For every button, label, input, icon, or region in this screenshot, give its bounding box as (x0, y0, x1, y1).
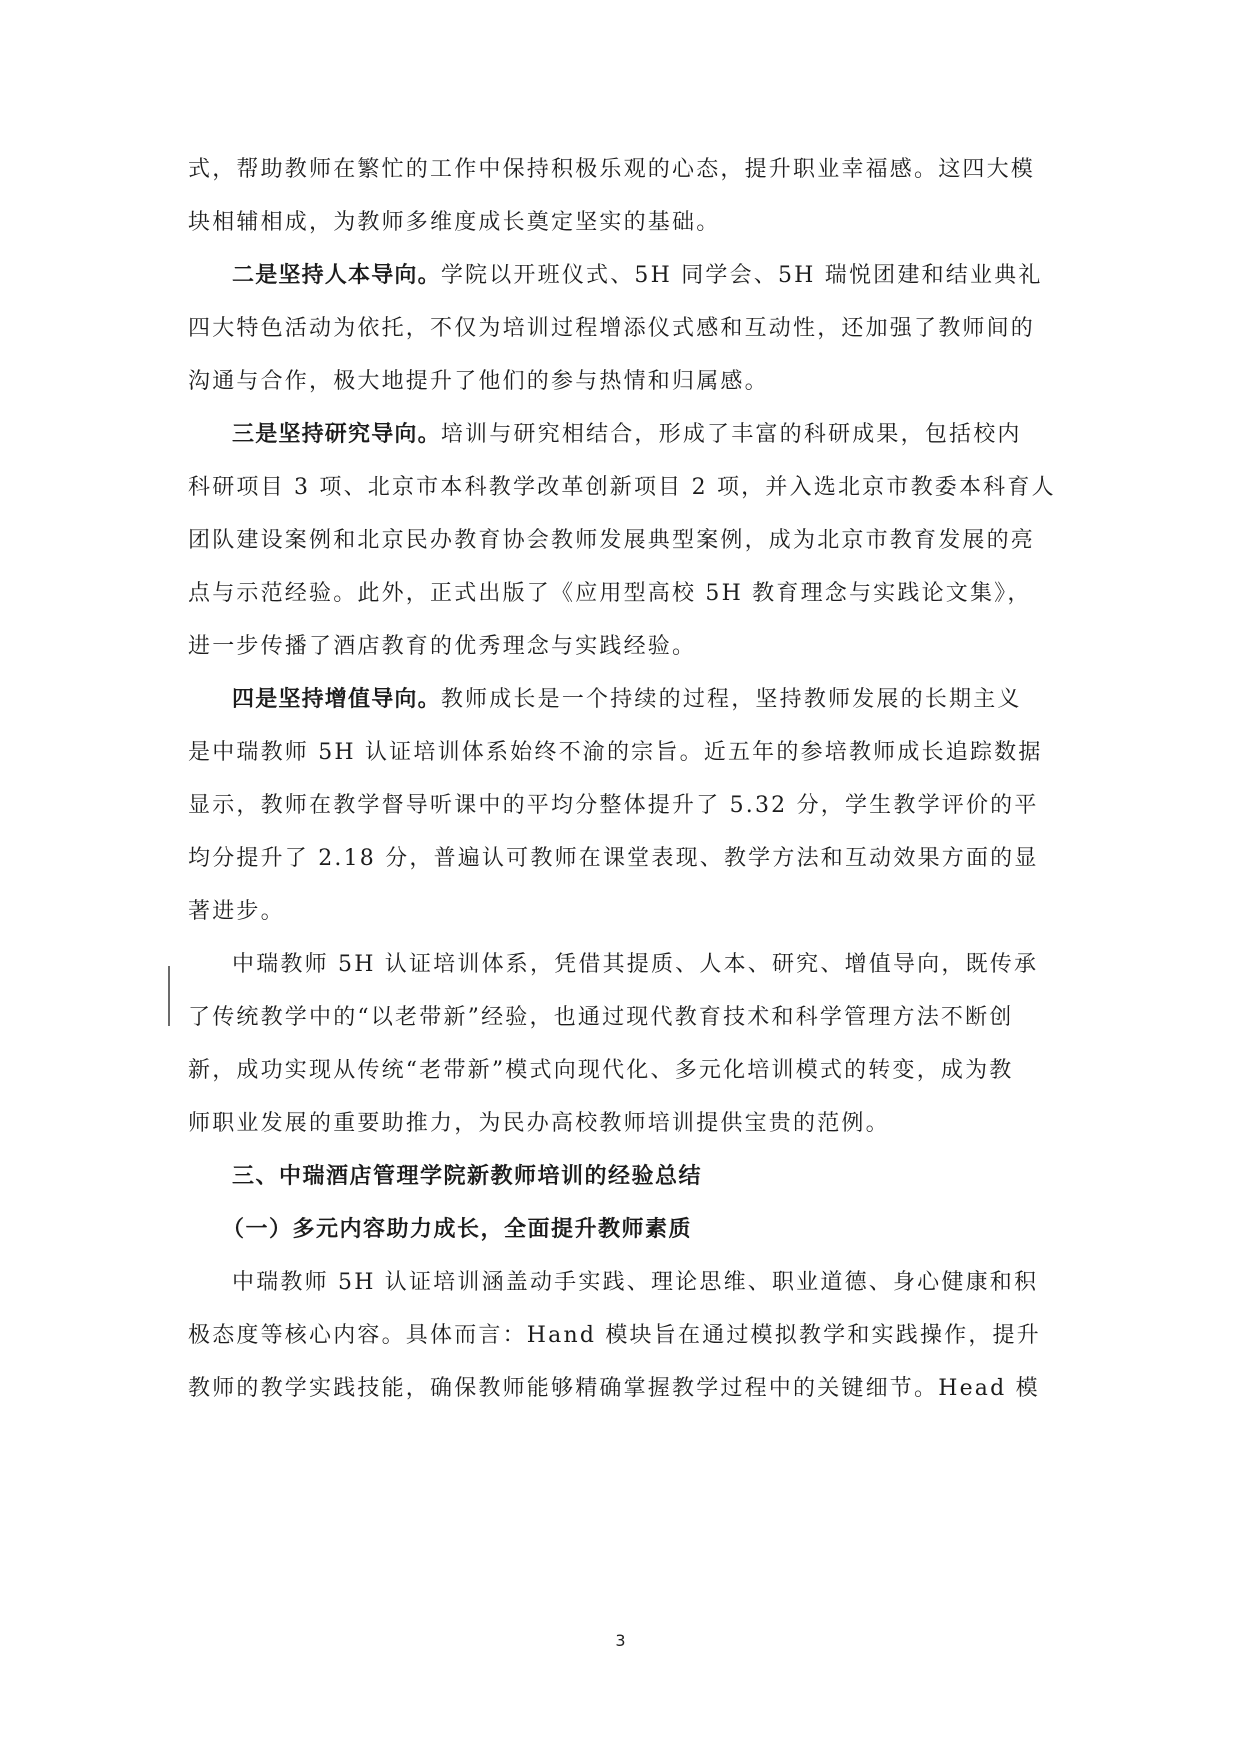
body-text: 进一步传播了酒店教育的优秀理念与实践经验。 (188, 634, 696, 659)
page-number: 3 (0, 1631, 1241, 1650)
body-text: 沟通与合作，极大地提升了他们的参与热情和归属感。 (188, 369, 769, 394)
body-text: 培训与研究相结合，形成了丰富的科研成果，包括校内 (441, 422, 1022, 447)
body-text: 教师成长是一个持续的过程，坚持教师发展的长期主义 (441, 687, 1022, 712)
paragraph-line: 均分提升了 2.18 分，普遍认可教师在课堂表现、教学方法和互动效果方面的显 (188, 844, 1053, 874)
body-text: 中瑞教师 5H 认证培训涵盖动手实践、理论思维、职业道德、身心健康和积 (232, 1270, 1038, 1295)
body-text: 点与示范经验。此外，正式出版了《应用型高校 5H 教育理念与实践论文集》， (188, 581, 1032, 606)
body-text: 显示，教师在教学督导听课中的平均分整体提升了 5.32 分，学生教学评价的平 (188, 793, 1039, 818)
body-text: 了传统教学中的“以老带新”经验，也通过现代教育技术和科学管理方法不断创 (188, 1005, 1014, 1030)
body-text: 式，帮助教师在繁忙的工作中保持积极乐观的心态，提升职业幸福感。这四大模 (188, 157, 1035, 182)
section-heading: 三、中瑞酒店管理学院新教师培训的经验总结 (232, 1162, 1097, 1192)
lead-in-bold: 四是坚持增值导向。 (232, 687, 441, 712)
paragraph-line: 了传统教学中的“以老带新”经验，也通过现代教育技术和科学管理方法不断创 (188, 1003, 1053, 1033)
body-text: 团队建设案例和北京民办教育协会教师发展典型案例，成为北京市教育发展的亮 (188, 528, 1035, 553)
paragraph-line: 点与示范经验。此外，正式出版了《应用型高校 5H 教育理念与实践论文集》， (188, 579, 1053, 609)
paragraph-line: 二是坚持人本导向。学院以开班仪式、5H 同学会、5H 瑞悦团建和结业典礼 (232, 261, 1097, 291)
body-text: 师职业发展的重要助推力，为民办高校教师培训提供宝贵的范例。 (188, 1111, 890, 1136)
paragraph-line: 极态度等核心内容。具体而言：Hand 模块旨在通过模拟教学和实践操作，提升 (188, 1321, 1053, 1351)
revision-margin-bar (168, 966, 170, 1026)
body-text: 是中瑞教师 5H 认证培训体系始终不渝的宗旨。近五年的参培教师成长追踪数据 (188, 740, 1043, 765)
paragraph-line: 沟通与合作，极大地提升了他们的参与热情和归属感。 (188, 367, 1053, 397)
subsection-heading-text: （一）多元内容助力成长，全面提升教师素质 (222, 1217, 692, 1242)
paragraph-line: 四大特色活动为依托，不仅为培训过程增添仪式感和互动性，还加强了教师间的 (188, 314, 1053, 344)
body-text: 科研项目 3 项、北京市本科教学改革创新项目 2 项，并入选北京市教委本科育人 (188, 475, 1056, 500)
body-text: 著进步。 (188, 899, 285, 924)
paragraph-line: 显示，教师在教学督导听课中的平均分整体提升了 5.32 分，学生教学评价的平 (188, 791, 1053, 821)
body-text: 教师的教学实践技能，确保教师能够精确掌握教学过程中的关键细节。Head 模 (188, 1376, 1040, 1401)
subsection-heading: （一）多元内容助力成长，全面提升教师素质 (222, 1215, 1087, 1245)
section-heading-text: 三、中瑞酒店管理学院新教师培训的经验总结 (232, 1164, 702, 1189)
body-text: 四大特色活动为依托，不仅为培训过程增添仪式感和互动性，还加强了教师间的 (188, 316, 1035, 341)
body-text: 块相辅相成，为教师多维度成长奠定坚实的基础。 (188, 210, 720, 235)
body-text: 学院以开班仪式、5H 同学会、5H 瑞悦团建和结业典礼 (441, 263, 1043, 288)
lead-in-bold: 三是坚持研究导向。 (232, 422, 441, 447)
body-text: 均分提升了 2.18 分，普遍认可教师在课堂表现、教学方法和互动效果方面的显 (188, 846, 1039, 871)
document-page: 式，帮助教师在繁忙的工作中保持积极乐观的心态，提升职业幸福感。这四大模 块相辅相… (0, 0, 1241, 1754)
paragraph-line: 团队建设案例和北京民办教育协会教师发展典型案例，成为北京市教育发展的亮 (188, 526, 1053, 556)
paragraph-line: 中瑞教师 5H 认证培训体系，凭借其提质、人本、研究、增值导向，既传承 (232, 950, 1097, 980)
paragraph-line: 科研项目 3 项、北京市本科教学改革创新项目 2 项，并入选北京市教委本科育人 (188, 473, 1053, 503)
paragraph-line: 进一步传播了酒店教育的优秀理念与实践经验。 (188, 632, 1053, 662)
lead-in-bold: 二是坚持人本导向。 (232, 263, 441, 288)
paragraph-line: 师职业发展的重要助推力，为民办高校教师培训提供宝贵的范例。 (188, 1109, 1053, 1139)
paragraph-line: 著进步。 (188, 897, 1053, 927)
paragraph-line: 四是坚持增值导向。教师成长是一个持续的过程，坚持教师发展的长期主义 (232, 685, 1097, 715)
body-text: 新，成功实现从传统“老带新”模式向现代化、多元化培训模式的转变，成为教 (188, 1058, 1014, 1083)
paragraph-line: 教师的教学实践技能，确保教师能够精确掌握教学过程中的关键细节。Head 模 (188, 1374, 1053, 1404)
paragraph-line: 新，成功实现从传统“老带新”模式向现代化、多元化培训模式的转变，成为教 (188, 1056, 1053, 1086)
body-text: 极态度等核心内容。具体而言：Hand 模块旨在通过模拟教学和实践操作，提升 (188, 1323, 1041, 1348)
paragraph-line: 式，帮助教师在繁忙的工作中保持积极乐观的心态，提升职业幸福感。这四大模 (188, 155, 1053, 185)
paragraph-line: 块相辅相成，为教师多维度成长奠定坚实的基础。 (188, 208, 1053, 238)
paragraph-line: 三是坚持研究导向。培训与研究相结合，形成了丰富的科研成果，包括校内 (232, 420, 1097, 450)
paragraph-line: 中瑞教师 5H 认证培训涵盖动手实践、理论思维、职业道德、身心健康和积 (232, 1268, 1097, 1298)
body-text: 中瑞教师 5H 认证培训体系，凭借其提质、人本、研究、增值导向，既传承 (232, 952, 1038, 977)
paragraph-line: 是中瑞教师 5H 认证培训体系始终不渝的宗旨。近五年的参培教师成长追踪数据 (188, 738, 1053, 768)
